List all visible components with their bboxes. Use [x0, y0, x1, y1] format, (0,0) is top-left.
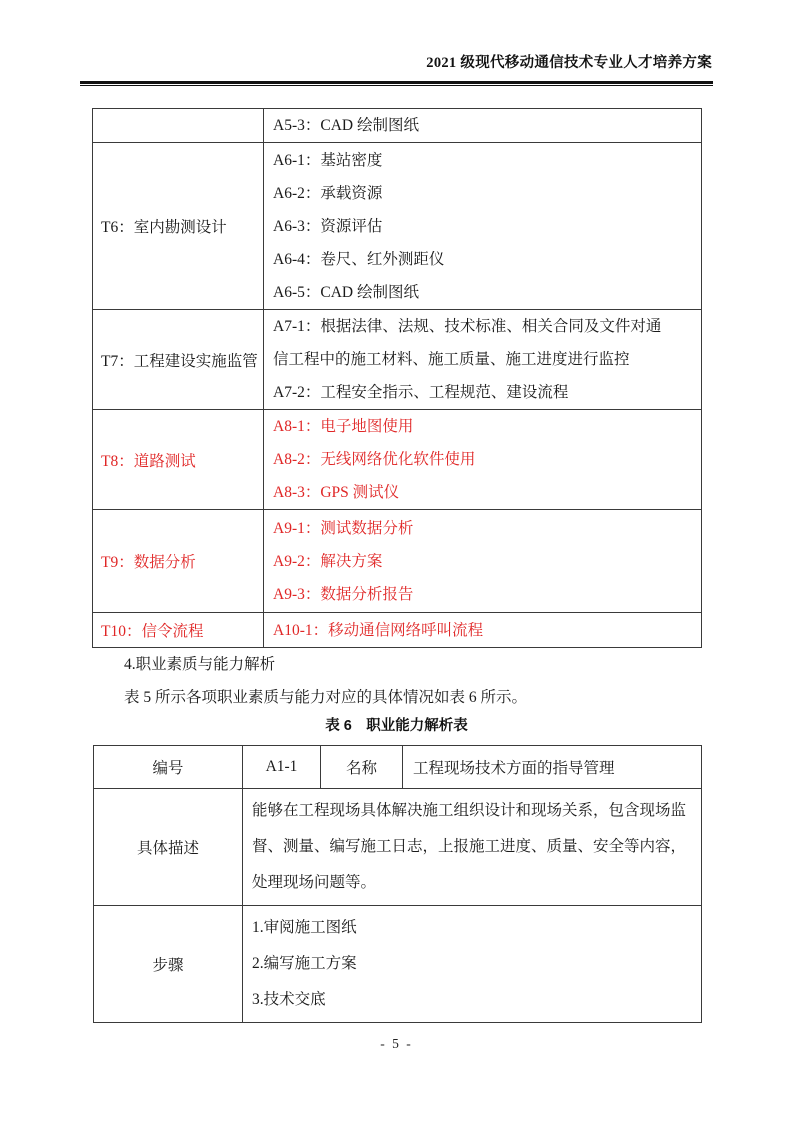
- field-label-number: 编号: [94, 746, 243, 789]
- document-header-title: 2021 级现代移动通信技术专业人才培养方案: [80, 51, 712, 72]
- capability-item: A8-1：电子地图使用: [273, 410, 665, 443]
- field-label-name: 名称: [321, 746, 403, 789]
- step-item: 3.技术交底: [252, 982, 695, 1018]
- task-label-cell: T8：道路测试: [93, 410, 264, 510]
- task-items-cell: A6-1：基站密度 A6-2：承载资源 A6-3：资源评估 A6-4：卷尺、红外…: [264, 143, 702, 310]
- capability-item: A8-2：无线网络优化软件使用: [273, 443, 665, 476]
- table-row: 具体描述 能够在工程现场具体解决施工组织设计和现场关系，包含现场监督、测量、编写…: [94, 789, 702, 906]
- capability-item: A9-1：测试数据分析: [273, 512, 665, 545]
- section-heading: 4.职业素质与能力解析: [92, 648, 701, 681]
- task-label-cell: T10：信令流程: [93, 613, 264, 648]
- capability-item: A10-1：移动通信网络呼叫流程: [273, 614, 665, 647]
- task-label-cell: T9：数据分析: [93, 510, 264, 613]
- step-item: 2.编写施工方案: [252, 946, 695, 982]
- table-row-highlighted: T10：信令流程 A10-1：移动通信网络呼叫流程: [93, 613, 702, 648]
- capability-item: A6-2：承载资源: [273, 177, 665, 210]
- task-items-cell: A5-3：CAD 绘制图纸: [264, 109, 702, 143]
- task-label-cell: [93, 109, 264, 143]
- task-items-cell: A9-1：测试数据分析 A9-2：解决方案 A9-3：数据分析报告: [264, 510, 702, 613]
- capability-item: A6-1：基站密度: [273, 144, 665, 177]
- field-label-description: 具体描述: [94, 789, 243, 906]
- capability-item: A6-4：卷尺、红外测距仪: [273, 243, 665, 276]
- table-row-highlighted: T8：道路测试 A8-1：电子地图使用 A8-2：无线网络优化软件使用 A8-3…: [93, 410, 702, 510]
- task-items-cell: A10-1：移动通信网络呼叫流程: [264, 613, 702, 648]
- description-value: 能够在工程现场具体解决施工组织设计和现场关系，包含现场监督、测量、编写施工日志，…: [243, 789, 702, 906]
- table-row-highlighted: T9：数据分析 A9-1：测试数据分析 A9-2：解决方案 A9-3：数据分析报…: [93, 510, 702, 613]
- capability-item: A7-2：工程安全指示、工程规范、建设流程: [273, 376, 665, 409]
- task-items-cell: A8-1：电子地图使用 A8-2：无线网络优化软件使用 A8-3：GPS 测试仪: [264, 410, 702, 510]
- table-row: A5-3：CAD 绘制图纸: [93, 109, 702, 143]
- task-label-cell: T6：室内勘测设计: [93, 143, 264, 310]
- table-row: 编号 A1-1 名称 工程现场技术方面的指导管理: [94, 746, 702, 789]
- task-items-cell: A7-1：根据法律、法规、技术标准、相关合同及文件对通信工程中的施工材料、施工质…: [264, 310, 702, 410]
- table-row: T6：室内勘测设计 A6-1：基站密度 A6-2：承载资源 A6-3：资源评估 …: [93, 143, 702, 310]
- task-label-cell: T7：工程建设实施监管: [93, 310, 264, 410]
- ability-analysis-table: 编号 A1-1 名称 工程现场技术方面的指导管理 具体描述 能够在工程现场具体解…: [93, 745, 702, 1023]
- capability-item: A6-5：CAD 绘制图纸: [273, 276, 665, 309]
- capability-item: A6-3：资源评估: [273, 210, 665, 243]
- steps-value: 1.审阅施工图纸 2.编写施工方案 3.技术交底: [243, 906, 702, 1023]
- table-row: 步骤 1.审阅施工图纸 2.编写施工方案 3.技术交底: [94, 906, 702, 1023]
- page-number: - 5 -: [0, 1036, 793, 1052]
- capability-item: A9-2：解决方案: [273, 545, 665, 578]
- field-label-steps: 步骤: [94, 906, 243, 1023]
- capability-item: A9-3：数据分析报告: [273, 578, 665, 611]
- name-value: 工程现场技术方面的指导管理: [403, 746, 702, 789]
- table-caption: 表 6 职业能力解析表: [80, 714, 713, 735]
- capability-tools-table: A5-3：CAD 绘制图纸 T6：室内勘测设计 A6-1：基站密度 A6-2：承…: [92, 108, 702, 648]
- body-text: 表 5 所示各项职业素质与能力对应的具体情况如表 6 所示。: [92, 681, 701, 714]
- table-row: T7：工程建设实施监管 A7-1：根据法律、法规、技术标准、相关合同及文件对通信…: [93, 310, 702, 410]
- capability-item: A8-3：GPS 测试仪: [273, 476, 665, 509]
- header-rule-divider: [80, 81, 713, 86]
- step-item: 1.审阅施工图纸: [252, 910, 695, 946]
- number-value: A1-1: [243, 746, 321, 789]
- body-paragraphs: 4.职业素质与能力解析 表 5 所示各项职业素质与能力对应的具体情况如表 6 所…: [92, 648, 701, 714]
- capability-item: A5-3：CAD 绘制图纸: [273, 109, 665, 142]
- capability-item: A7-1：根据法律、法规、技术标准、相关合同及文件对通信工程中的施工材料、施工质…: [273, 310, 665, 376]
